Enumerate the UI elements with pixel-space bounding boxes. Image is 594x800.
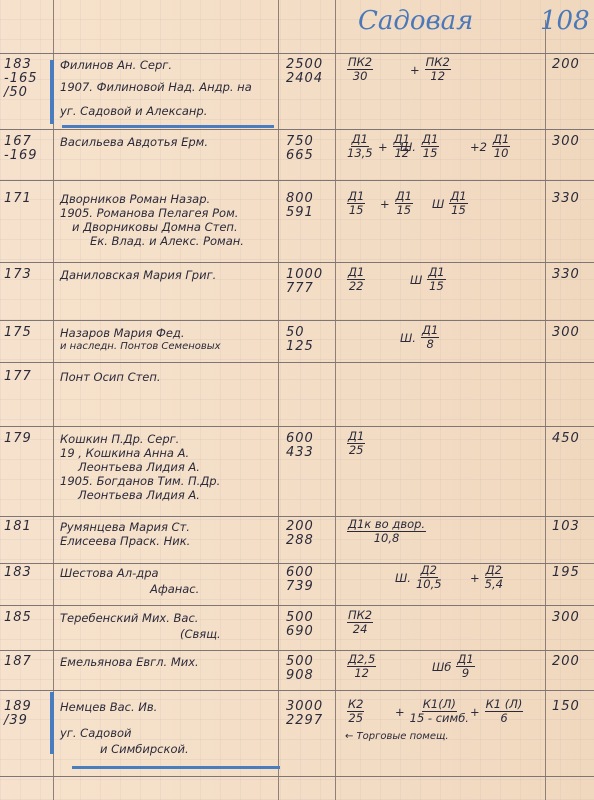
area-value: 50 <box>286 326 305 340</box>
fraction: К225 <box>347 698 364 725</box>
assessed-value: 300 <box>552 611 580 625</box>
owner-line: Афанас. <box>150 582 199 596</box>
fraction-top: Д1 <box>421 324 439 338</box>
structure-formula: Д125 <box>345 430 367 457</box>
column-rule <box>335 0 336 800</box>
lot-number: -169 <box>4 149 38 163</box>
fraction-top: Д1 <box>456 653 474 667</box>
assessed-value: 150 <box>552 700 580 714</box>
fraction-bottom: 10,8 <box>374 532 400 545</box>
lot-number: 183 <box>4 566 32 580</box>
area-value: 600 <box>286 432 314 446</box>
blue-underline <box>72 766 280 769</box>
note: ← Торговые помещ. <box>345 730 449 744</box>
owner-line: уг. Садовой <box>60 726 132 740</box>
fraction: ПК212 <box>425 56 451 83</box>
area-value: 288 <box>286 534 314 548</box>
fraction-bottom: 15 <box>429 280 444 293</box>
formula-prefix: + <box>470 705 480 719</box>
assessed-value: 195 <box>552 566 580 580</box>
fraction-bottom: 15 <box>349 204 364 217</box>
fraction-bottom: 15 <box>423 147 438 160</box>
area-value: 739 <box>286 580 314 594</box>
fraction-bottom: 22 <box>349 280 364 293</box>
fraction: Д115 <box>395 190 413 217</box>
lot-number: 185 <box>4 611 32 625</box>
owner-line: и Симбирской. <box>100 742 189 756</box>
assessed-value: 330 <box>552 192 580 206</box>
fraction: Д25,4 <box>485 564 503 591</box>
area-value: 800 <box>286 192 314 206</box>
fraction-top: Д1 <box>421 133 439 147</box>
formula-prefix: + <box>395 705 405 719</box>
fraction-bottom: 5,4 <box>485 578 503 591</box>
fraction-bottom: 10 <box>494 147 509 160</box>
formula-prefix: Ш <box>432 197 444 211</box>
area-value: 665 <box>286 149 314 163</box>
blue-underline <box>62 125 274 128</box>
row-rule <box>0 320 594 321</box>
fraction-bottom: 15 - симб. <box>410 712 469 725</box>
structure-formula: +К1 (Л)6 <box>470 698 525 725</box>
area-value: 591 <box>286 206 314 220</box>
assessed-value: 450 <box>552 432 580 446</box>
fraction-top: Д1к во двор. <box>347 518 426 532</box>
lot-number: 187 <box>4 655 32 669</box>
owner-line: 19 , Кошкина Анна А. <box>60 446 189 460</box>
lot-number: 183 <box>4 58 32 72</box>
fraction-bottom: 30 <box>353 70 368 83</box>
formula-prefix: Ш. <box>400 331 416 345</box>
area-value: 3000 <box>286 700 323 714</box>
fraction-top: Д2 <box>485 564 503 578</box>
owner-line: и Дворниковы Домна Степ. <box>72 220 238 234</box>
owner-line: Елисеева Праск. Ник. <box>60 534 190 548</box>
formula-prefix: Ш. <box>400 140 416 154</box>
assessed-value: 330 <box>552 268 580 282</box>
structure-formula: Д113,5 <box>345 133 375 160</box>
owner-line: Назаров Мария Фед. <box>60 326 185 340</box>
owner-line: Шестова Ал-дра <box>60 566 159 580</box>
fraction: Д115 <box>449 190 467 217</box>
structure-formula: Ш.Д210,5 <box>395 564 444 591</box>
fraction: Д19 <box>456 653 474 680</box>
owner-line: Филинов Ан. Серг. <box>60 58 172 72</box>
structure-formula: Ш.Д115 <box>400 133 441 160</box>
fraction-bottom: 12 <box>430 70 445 83</box>
owner-line: 1905. Богданов Тим. П.Др. <box>60 474 220 488</box>
fraction-top: Д1 <box>351 133 369 147</box>
lot-number: /39 <box>4 714 28 728</box>
structure-formula: +Д25,4 <box>470 564 505 591</box>
owner-line: Кошкин П.Др. Серг. <box>60 432 179 446</box>
formula-prefix: Ш. <box>395 571 411 585</box>
fraction-top: Д2,5 <box>347 653 376 667</box>
structure-formula: К225 <box>345 698 366 725</box>
row-rule <box>0 605 594 606</box>
fraction-top: ПК2 <box>347 56 373 70</box>
fraction: ПК230 <box>347 56 373 83</box>
fraction-bottom: 13,5 <box>347 147 373 160</box>
assessed-value: 200 <box>552 655 580 669</box>
formula-prefix: + <box>378 140 388 154</box>
fraction: Д210,5 <box>416 564 442 591</box>
fraction-bottom: 25 <box>348 712 363 725</box>
formula-prefix: + <box>470 571 480 585</box>
area-value: 1000 <box>286 268 323 282</box>
fraction: Д1к во двор.10,8 <box>347 518 426 545</box>
structure-formula: Д2,512 <box>345 653 378 680</box>
row-rule <box>0 129 594 130</box>
structure-formula: ШД115 <box>432 190 470 217</box>
fraction-bottom: 10,5 <box>416 578 442 591</box>
area-value: 2500 <box>286 58 323 72</box>
fraction-top: К1 (Л) <box>485 698 524 712</box>
formula-prefix: + <box>380 197 390 211</box>
lot-number: -165 <box>4 72 38 86</box>
owner-line: и наследн. Понтов Семеновых <box>60 340 221 354</box>
row-rule <box>0 362 594 363</box>
structure-formula: Д1к во двор.10,8 <box>345 518 428 545</box>
lot-number: 177 <box>4 370 32 384</box>
owner-line: 1907. Филиновой Над. Андр. на <box>60 80 252 94</box>
fraction-bottom: 15 <box>451 204 466 217</box>
lot-number: 171 <box>4 192 32 206</box>
formula-prefix: Шб <box>432 660 451 674</box>
owner-line: Понт Осип Степ. <box>60 370 161 384</box>
column-rule <box>545 20 546 800</box>
page-number: 108 <box>540 6 590 36</box>
owner-line: Немцев Вас. Ив. <box>60 700 157 714</box>
fraction-top: Д1 <box>449 190 467 204</box>
structure-formula: +Д115 <box>380 190 415 217</box>
row-rule <box>0 516 594 517</box>
fraction-top: К1(Л) <box>422 698 457 712</box>
assessed-value: 300 <box>552 326 580 340</box>
row-rule <box>0 53 594 54</box>
fraction: Д122 <box>347 266 365 293</box>
structure-formula: ШД115 <box>410 266 448 293</box>
fraction: Д125 <box>347 430 365 457</box>
formula-prefix: +2 <box>470 140 487 154</box>
fraction: Д115 <box>427 266 445 293</box>
owner-line: Румянцева Мария Ст. <box>60 520 190 534</box>
fraction-bottom: 25 <box>349 444 364 457</box>
fraction-top: К2 <box>347 698 364 712</box>
owner-line: (Свящ. <box>180 627 221 641</box>
fraction-bottom: 8 <box>426 338 433 351</box>
fraction: Д113,5 <box>347 133 373 160</box>
row-rule <box>0 776 594 777</box>
assessed-value: 200 <box>552 58 580 72</box>
fraction: ПК224 <box>347 609 373 636</box>
fraction-top: Д1 <box>395 190 413 204</box>
area-value: 908 <box>286 669 314 683</box>
blue-marker <box>50 60 54 124</box>
fraction-top: Д1 <box>347 190 365 204</box>
owner-line: Дворников Роман Назар. <box>60 192 210 206</box>
area-value: 600 <box>286 566 314 580</box>
fraction-top: ПК2 <box>425 56 451 70</box>
lot-number: 175 <box>4 326 32 340</box>
fraction-bottom: 24 <box>353 623 368 636</box>
fraction-top: Д2 <box>420 564 438 578</box>
structure-formula: Д115 <box>345 190 367 217</box>
area-value: 433 <box>286 446 314 460</box>
owner-line: Даниловская Мария Григ. <box>60 268 216 282</box>
area-value: 200 <box>286 520 314 534</box>
area-value: 750 <box>286 135 314 149</box>
area-value: 500 <box>286 611 314 625</box>
fraction: К1 (Л)6 <box>485 698 524 725</box>
area-value: 125 <box>286 340 314 354</box>
area-value: 777 <box>286 282 314 296</box>
structure-formula: +К1(Л)15 - симб. <box>395 698 471 725</box>
fraction: Д115 <box>347 190 365 217</box>
area-value: 2404 <box>286 72 323 86</box>
fraction-bottom: 6 <box>500 712 507 725</box>
fraction: Д110 <box>492 133 510 160</box>
fraction-top: Д1 <box>492 133 510 147</box>
owner-line: Ек. Влад. и Алекс. Роман. <box>90 234 244 248</box>
lot-number: 181 <box>4 520 32 534</box>
fraction-bottom: 12 <box>354 667 369 680</box>
fraction-top: ПК2 <box>347 609 373 623</box>
fraction-bottom: 15 <box>396 204 411 217</box>
assessed-value: 300 <box>552 135 580 149</box>
formula-prefix: + <box>410 63 420 77</box>
lot-number: 173 <box>4 268 32 282</box>
fraction-top: Д1 <box>427 266 445 280</box>
lot-number: 167 <box>4 135 32 149</box>
fraction-top: Д1 <box>347 430 365 444</box>
structure-formula: ШбД19 <box>432 653 477 680</box>
street-title: Садовая <box>358 6 473 36</box>
row-rule <box>0 180 594 181</box>
structure-formula: Ш.Д18 <box>400 324 441 351</box>
row-rule <box>0 262 594 263</box>
fraction: Д115 <box>421 133 439 160</box>
structure-formula: +2Д110 <box>470 133 512 160</box>
owner-line: Леонтьева Лидия А. <box>78 488 200 502</box>
owner-line: Емельянова Евгл. Мих. <box>60 655 199 669</box>
structure-formula: ПК224 <box>345 609 375 636</box>
area-value: 690 <box>286 625 314 639</box>
row-rule <box>0 426 594 427</box>
structure-formula: Д122 <box>345 266 367 293</box>
ledger-page: Садовая 108 183-165/50Филинов Ан. Серг.1… <box>0 0 594 800</box>
fraction: Д2,512 <box>347 653 376 680</box>
row-rule <box>0 690 594 691</box>
area-value: 500 <box>286 655 314 669</box>
fraction: Д18 <box>421 324 439 351</box>
structure-formula: ПК230 <box>345 56 375 83</box>
owner-line: уг. Садовой и Алексанр. <box>60 104 207 118</box>
assessed-value: 103 <box>552 520 580 534</box>
owner-line: Теребенский Мих. Вас. <box>60 611 198 625</box>
lot-number: 189 <box>4 700 32 714</box>
owner-line: 1905. Романова Пелагея Ром. <box>60 206 238 220</box>
blue-marker <box>50 692 54 754</box>
owner-line: Леонтьева Лидия А. <box>78 460 200 474</box>
fraction-bottom: 9 <box>462 667 469 680</box>
row-rule <box>0 650 594 651</box>
structure-formula: +ПК212 <box>410 56 453 83</box>
lot-number: /50 <box>4 86 28 100</box>
lot-number: 179 <box>4 432 32 446</box>
area-value: 2297 <box>286 714 323 728</box>
owner-line: Васильева Авдотья Ерм. <box>60 135 208 149</box>
formula-prefix: Ш <box>410 273 422 287</box>
column-rule <box>278 0 279 800</box>
fraction-top: Д1 <box>347 266 365 280</box>
fraction: К1(Л)15 - симб. <box>410 698 469 725</box>
